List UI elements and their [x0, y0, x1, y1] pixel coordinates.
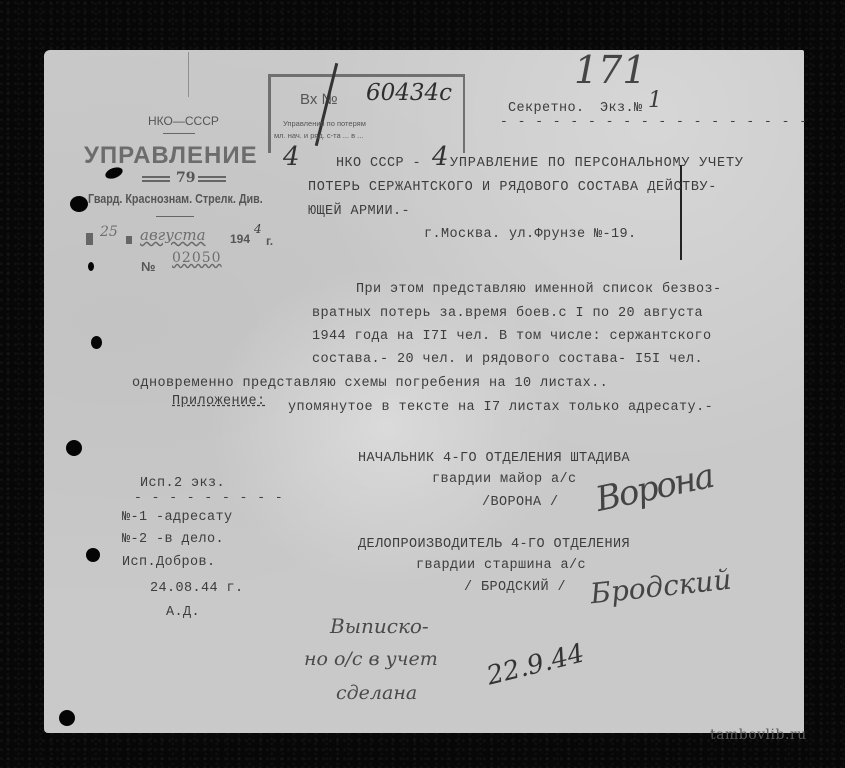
body-line: одновременно представляю схемы погребени… [132, 376, 608, 391]
date-year-hand: 4 [254, 222, 262, 236]
divider: - - - - - - - - - - - - - - - - - - [500, 114, 808, 129]
letterhead-title: УПРАВЛЕНИЕ [84, 142, 258, 170]
incoming-number: 60434с [366, 80, 452, 106]
letterhead-org: НКО—СССР [148, 114, 219, 128]
punch-hole [86, 548, 100, 562]
distribution-line: №-1 -адресату [122, 510, 233, 525]
incoming-stamp-line: Управления по потерям [283, 119, 366, 128]
note-line: но о/с в учет [304, 648, 438, 670]
punch-hole [66, 440, 82, 456]
date-quote-mark [126, 236, 132, 244]
signatory-rank: гвардии майор а/с [432, 472, 577, 487]
signatory-name: /ВОРОНА / [482, 495, 559, 510]
source-watermark: tambovlib.ru [710, 727, 807, 743]
date-month: августа [140, 226, 206, 244]
incoming-stamp-line: мл. нач. и ряд. с-та ... в ... [274, 131, 363, 140]
body-line: 1944 года на I7I чел. В том числе: сержа… [312, 329, 712, 344]
outgoing-number-label: № [141, 259, 156, 274]
signatory-rank: гвардии старшина а/с [416, 558, 586, 573]
divider [198, 176, 226, 182]
attachment-label: Приложение: [172, 394, 266, 409]
addressee-line: ЮЩЕЙ АРМИИ.- [308, 204, 410, 219]
note-line: сделана [336, 682, 417, 704]
crease-line [188, 52, 189, 97]
addressee-line: УПРАВЛЕНИЕ ПО ПЕРСОНАЛЬНОМУ УЧЕТУ [450, 156, 744, 171]
margin-note: 4 [432, 142, 449, 172]
note-line: Выписко- [330, 614, 429, 638]
outgoing-number: 02050 [172, 250, 222, 266]
body-line: При этом представляю именной список безв… [356, 282, 722, 297]
divider [163, 133, 195, 134]
date-suffix: г. [266, 234, 273, 248]
date-day: 25 [100, 224, 118, 240]
divider: - - - - - - - - - [134, 490, 284, 505]
addressee-address: г.Москва. ул.Фрунзе №-19. [424, 227, 637, 242]
body-line: состава.- 20 чел. и рядового состава- I5… [312, 352, 703, 367]
signatory-title: ДЕЛОПРОИЗВОДИТЕЛЬ 4-ГО ОТДЕЛЕНИЯ [358, 537, 630, 552]
punch-hole [59, 710, 75, 726]
body-line: вратных потерь за.время боев.с I по 20 а… [312, 306, 703, 321]
copy-number: 1 [648, 88, 662, 113]
divider [156, 216, 194, 217]
division-name: Гвард. Краснознам. Стрелк. Див. [88, 192, 263, 206]
signatory-title: НАЧАЛЬНИК 4-ГО ОТДЕЛЕНИЯ ШТАДИВА [358, 451, 630, 466]
punch-hole [91, 336, 102, 349]
signatory-name: / БРОДСКИЙ / [464, 580, 566, 595]
margin-note: 4 [283, 142, 300, 172]
page-number-hand: 171 [574, 48, 647, 92]
division-number: 79 [176, 170, 195, 186]
distribution-line: 24.08.44 г. [150, 581, 244, 596]
distribution-line: А.Д. [166, 605, 200, 620]
addressee-prefix: НКО СССР - [336, 156, 421, 171]
distribution-line: №-2 -в дело. [122, 532, 224, 547]
divider [142, 176, 170, 182]
date-year-prefix: 194 [230, 232, 250, 246]
distribution-line: Исп.Добров. [122, 555, 216, 570]
incoming-label: Вх № [300, 91, 338, 108]
addressee-line: ПОТЕРЬ СЕРЖАНТСКОГО И РЯДОВОГО СОСТАВА Д… [308, 180, 717, 195]
punch-hole [70, 196, 88, 212]
date-quote-mark [86, 233, 93, 245]
attachment-text: упомянутое в тексте на I7 листах только … [288, 400, 713, 415]
punch-hole [88, 262, 94, 271]
distribution-header: Исп.2 экз. [140, 476, 225, 491]
